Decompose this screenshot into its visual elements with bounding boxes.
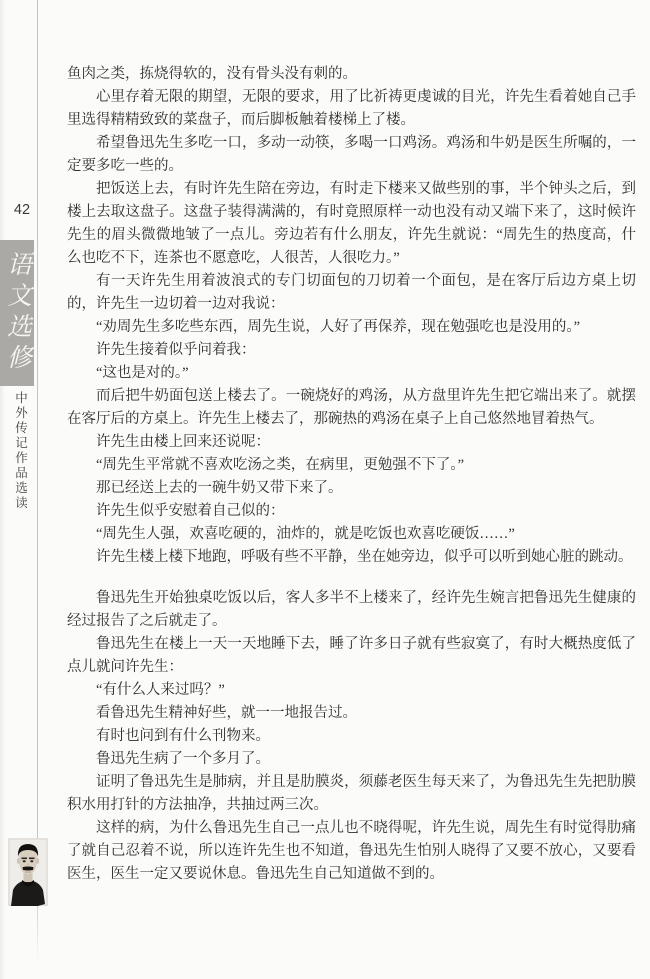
paragraph: 许先生接着似乎问着我： xyxy=(67,339,636,362)
paragraph: 把饭送上去，有时许先生陪在旁边，有时走下楼来又做些别的事，半个钟头之后，到楼上去… xyxy=(67,178,636,270)
portrait-illustration xyxy=(8,838,48,906)
luxun-portrait-photo xyxy=(8,838,48,906)
textbook-page: { "page": { "number": "42", "series_titl… xyxy=(0,0,650,979)
series-subtitle: 中外传记作品选读 xyxy=(14,391,27,521)
paragraph: 希望鲁迅先生多吃一口，多动一动筷，多喝一口鸡汤。鸡汤和牛奶是医生所嘱的，一定要多… xyxy=(67,132,636,178)
paragraph: 有一天许先生用着波浪式的专门切面包的刀切着一个面包，是在客厅后边方桌上切的，许先… xyxy=(67,270,636,316)
section-2: 鲁迅先生开始独桌吃饭以后，客人多半不上楼来了，经许先生婉言把鲁迅先生健康的经过报… xyxy=(67,587,636,886)
series-title-box: 语文选修 xyxy=(0,240,34,386)
paragraph: 看鲁迅先生精神好些，就一一地报告过。 xyxy=(67,702,636,725)
paragraph: 鲁迅先生开始独桌吃饭以后，客人多半不上楼来了，经许先生婉言把鲁迅先生健康的经过报… xyxy=(67,587,636,633)
paragraph: 鲁迅先生病了一个多月了。 xyxy=(67,748,636,771)
paragraph: 心里存着无限的期望，无限的要求，用了比祈祷更虔诚的目光，许先生看着她自己手里选得… xyxy=(67,86,636,132)
paragraph: 证明了鲁迅先生是肺病，并且是肋膜炎，须藤老医生每天来了，为鲁迅先生先把肋膜积水用… xyxy=(67,771,636,817)
body-text: 鱼肉之类，拣烧得软的，没有骨头没有刺的。 心里存着无限的期望，无限的要求，用了比… xyxy=(67,63,636,886)
paragraph: 许先生楼上楼下地跑，呼吸有些不平静，坐在她旁边，似乎可以听到她心脏的跳动。 xyxy=(67,546,636,569)
section-1: 鱼肉之类，拣烧得软的，没有骨头没有刺的。 心里存着无限的期望，无限的要求，用了比… xyxy=(67,63,636,569)
paragraph: 许先生似乎安慰着自己似的： xyxy=(67,500,636,523)
series-title: 语文选修 xyxy=(5,251,30,375)
paragraph-dialogue: “有什么人来过吗？” xyxy=(67,679,636,702)
page-gutter-shading xyxy=(0,0,5,979)
sidebar-divider-rule xyxy=(37,0,38,962)
paragraph-dialogue: “周先生平常就不喜欢吃汤之类，在病里，更勉强不下了。” xyxy=(67,454,636,477)
paragraph: 鱼肉之类，拣烧得软的，没有骨头没有刺的。 xyxy=(67,63,636,86)
paragraph: 有时也问到有什么刊物来。 xyxy=(67,725,636,748)
paragraph: 许先生由楼上回来还说呢： xyxy=(67,431,636,454)
paragraph: 那已经送上去的一碗牛奶又带下来了。 xyxy=(67,477,636,500)
paragraph: 这样的病，为什么鲁迅先生自己一点儿也不晓得呢，许先生说，周先生有时觉得肋痛了就自… xyxy=(67,817,636,886)
paragraph-dialogue: “这也是对的。” xyxy=(67,362,636,385)
page-number: 42 xyxy=(8,202,36,218)
paragraph: 鲁迅先生在楼上一天一天地睡下去，睡了许多日子就有些寂寞了，有时大概热度低了点儿就… xyxy=(67,633,636,679)
paragraph-dialogue: “周先生人强，欢喜吃硬的，油炸的，就是吃饭也欢喜吃硬饭……” xyxy=(67,523,636,546)
paragraph: 而后把牛奶面包送上楼去了。一碗烧好的鸡汤，从方盘里许先生把它端出来了。就摆在客厅… xyxy=(67,385,636,431)
paragraph-dialogue: “劝周先生多吃些东西，周先生说，人好了再保养，现在勉强吃也是没用的。” xyxy=(67,316,636,339)
